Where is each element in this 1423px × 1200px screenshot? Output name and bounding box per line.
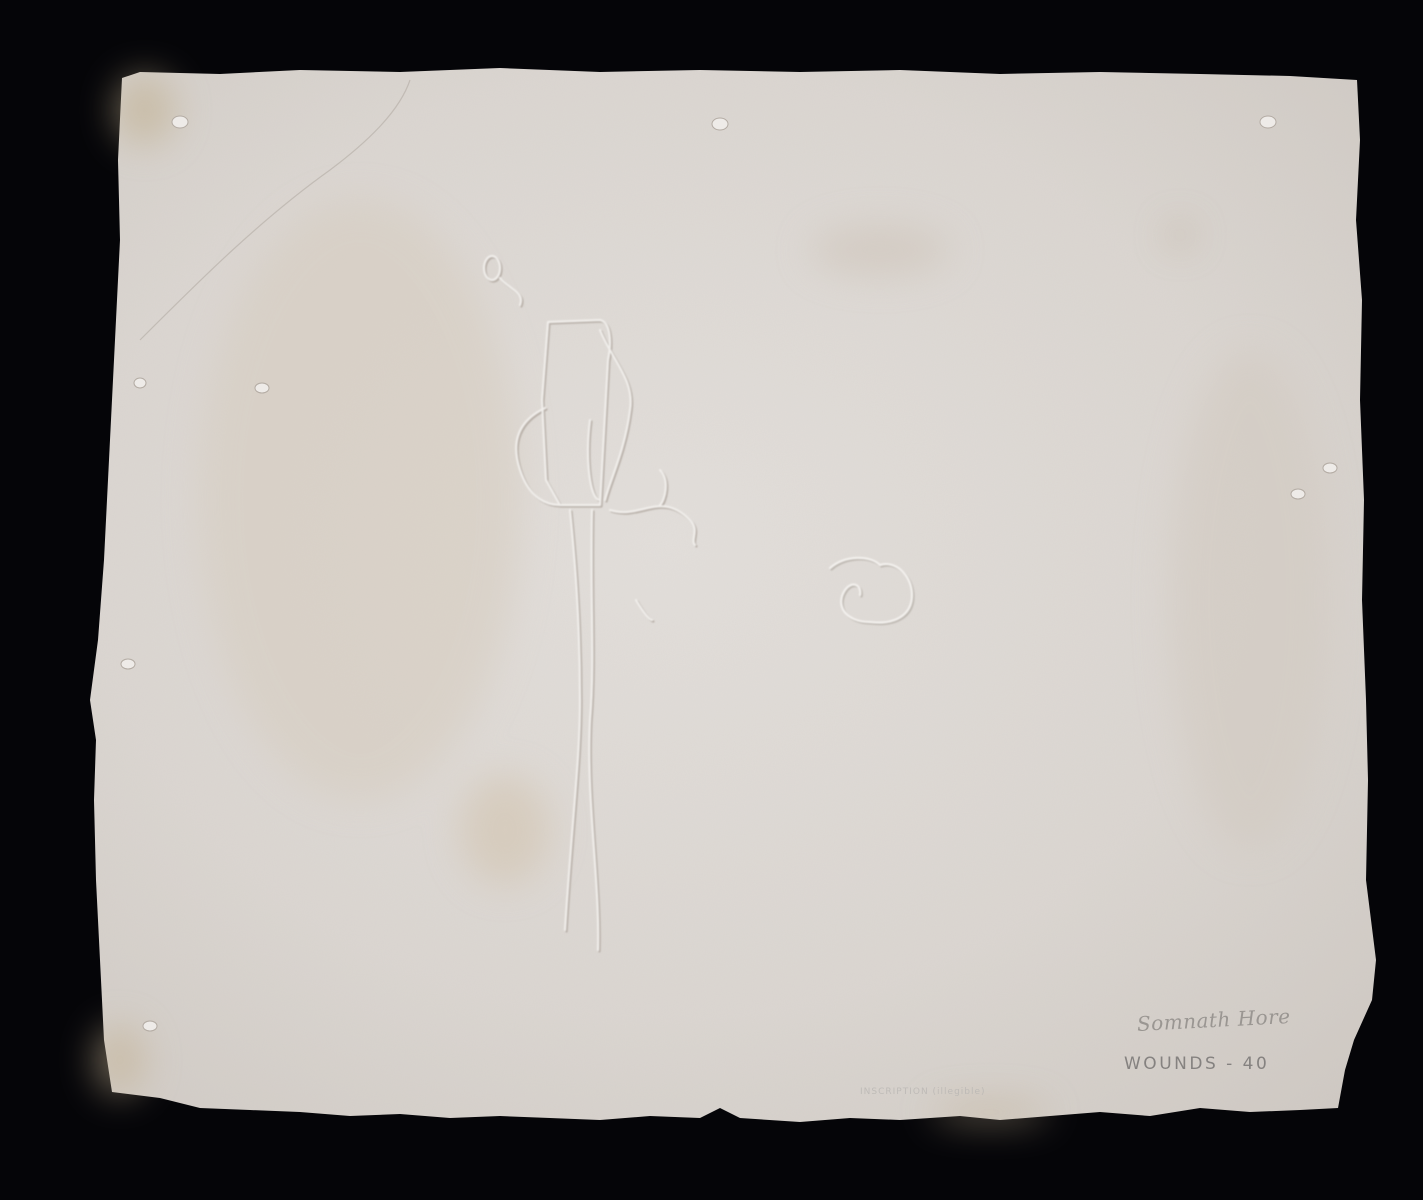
bottom-stamp-text: INSCRIPTION (illegible) bbox=[860, 1087, 986, 1097]
artwork-title-inscription: WOUNDS - 40 bbox=[1124, 1054, 1269, 1074]
artwork-photograph: Somnath Hore WOUNDS - 40 INSCRIPTION (il… bbox=[0, 0, 1423, 1200]
